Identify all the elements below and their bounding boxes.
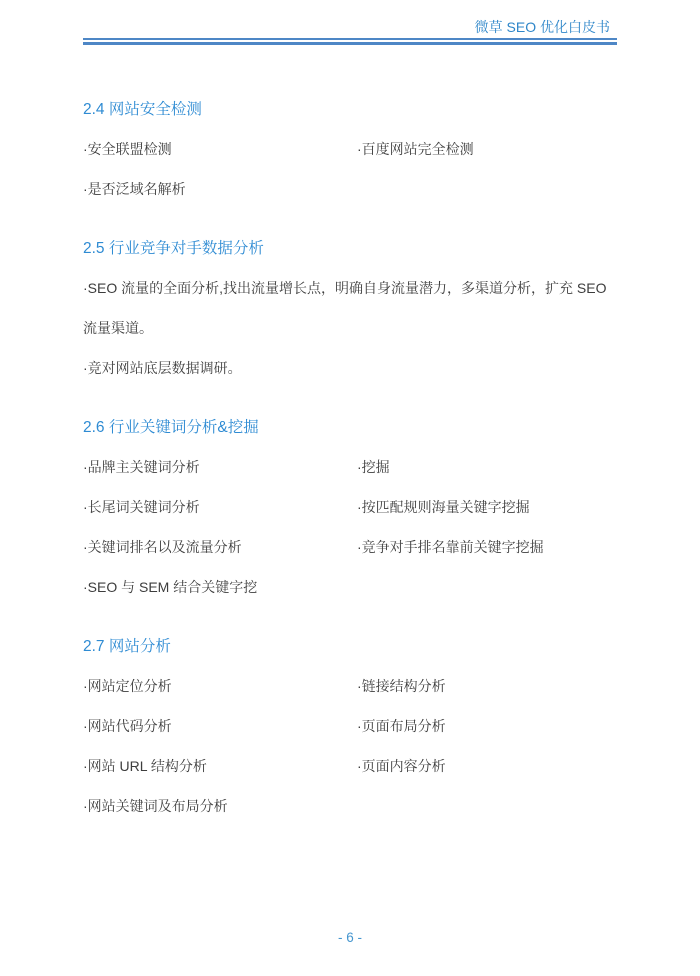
- item-row: ·SEO 与 SEM 结合关键字挖: [83, 578, 617, 597]
- item-row: ·网站代码分析 ·页面布局分析: [83, 717, 617, 736]
- section-heading-2-6: 2.6 行业关键词分析&挖掘: [83, 418, 617, 437]
- page-number: - 6 -: [338, 930, 362, 945]
- section-heading-2-4: 2.4 网站安全检测: [83, 100, 617, 119]
- item-row: ·关键词排名以及流量分析 ·竞争对手排名靠前关键字挖掘: [83, 538, 617, 557]
- list-item: ·网站关键词及布局分析: [83, 797, 357, 816]
- section-heading-2-7: 2.7 网站分析: [83, 637, 617, 656]
- list-item: ·安全联盟检测: [83, 140, 357, 159]
- list-item: ·百度网站完全检测: [357, 140, 617, 159]
- item-row: ·网站关键词及布局分析: [83, 797, 617, 816]
- list-item: ·品牌主关键词分析: [83, 458, 357, 477]
- list-item: ·页面内容分析: [357, 757, 617, 776]
- list-item: ·挖掘: [357, 458, 617, 477]
- document-page: 微草 SEO 优化白皮书 2.4 网站安全检测 ·安全联盟检测 ·百度网站完全检…: [0, 0, 700, 976]
- paragraph-line: 流量渠道。: [83, 319, 617, 338]
- list-item: ·竞对网站底层数据调研。: [83, 359, 617, 378]
- section-2-4: 2.4 网站安全检测 ·安全联盟检测 ·百度网站完全检测 ·是否泛域名解析: [83, 100, 617, 199]
- item-row: ·品牌主关键词分析 ·挖掘: [83, 458, 617, 477]
- section-2-6: 2.6 行业关键词分析&挖掘 ·品牌主关键词分析 ·挖掘 ·长尾词关键词分析 ·…: [83, 418, 617, 597]
- list-item: ·长尾词关键词分析: [83, 498, 357, 517]
- item-row: ·长尾词关键词分析 ·按匹配规则海量关键字挖掘: [83, 498, 617, 517]
- section-heading-2-5: 2.5 行业竞争对手数据分析: [83, 239, 617, 258]
- list-item: ·网站 URL 结构分析: [83, 757, 357, 776]
- list-item: ·链接结构分析: [357, 677, 617, 696]
- page-header: 微草 SEO 优化白皮书: [0, 0, 700, 45]
- item-row: ·网站 URL 结构分析 ·页面内容分析: [83, 757, 617, 776]
- page-footer: - 6 -: [0, 929, 700, 946]
- list-item: ·网站代码分析: [83, 717, 357, 736]
- list-item: ·是否泛域名解析: [83, 180, 357, 199]
- item-row: ·安全联盟检测 ·百度网站完全检测: [83, 140, 617, 159]
- list-item: ·关键词排名以及流量分析: [83, 538, 357, 557]
- page-content: 2.4 网站安全检测 ·安全联盟检测 ·百度网站完全检测 ·是否泛域名解析 2.…: [0, 100, 700, 816]
- list-item: ·页面布局分析: [357, 717, 617, 736]
- paragraph-line: ·SEO 流量的全面分析,找出流量增长点，明确自身流量潜力，多渠道分析，扩充 S…: [83, 279, 617, 298]
- header-title: 微草 SEO 优化白皮书: [0, 0, 700, 38]
- header-rule: [83, 38, 617, 45]
- list-item: ·网站定位分析: [83, 677, 357, 696]
- item-row: ·是否泛域名解析: [83, 180, 617, 199]
- list-item: ·SEO 与 SEM 结合关键字挖: [83, 578, 357, 597]
- section-2-5: 2.5 行业竞争对手数据分析 ·SEO 流量的全面分析,找出流量增长点，明确自身…: [83, 239, 617, 378]
- list-item: ·按匹配规则海量关键字挖掘: [357, 498, 617, 517]
- list-item: ·竞争对手排名靠前关键字挖掘: [357, 538, 617, 557]
- section-2-7: 2.7 网站分析 ·网站定位分析 ·链接结构分析 ·网站代码分析 ·页面布局分析…: [83, 637, 617, 816]
- item-row: ·网站定位分析 ·链接结构分析: [83, 677, 617, 696]
